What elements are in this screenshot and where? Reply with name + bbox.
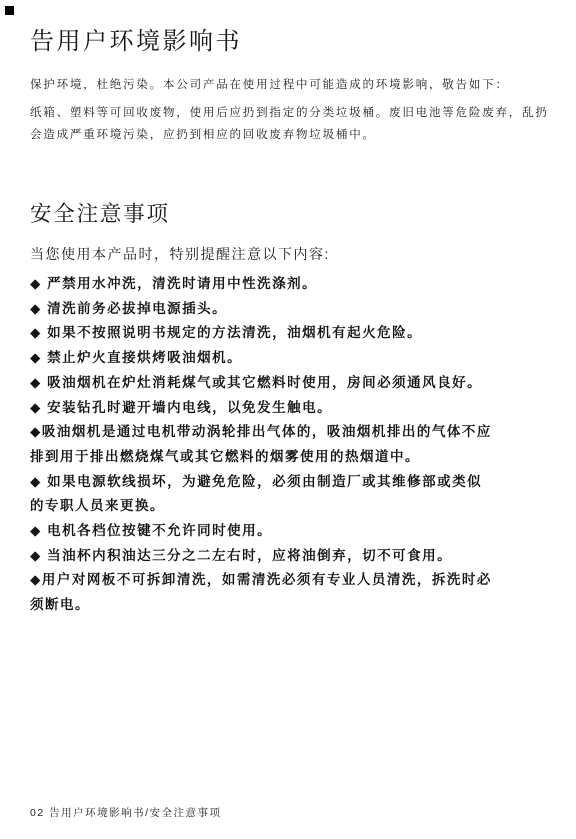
- safety-bullet-line: ◆ 禁止炉火直接烘烤吸油烟机。: [30, 346, 560, 371]
- safety-bullet-line: ◆ 当油杯内积油达三分之二左右时，应将油倒弃，切不可食用。: [30, 544, 560, 569]
- safety-bullet-list: ◆ 严禁用水冲洗，清洗时请用中性洗涤剂。 ◆ 清洗前务必拔掉电源插头。 ◆ 如果…: [30, 272, 560, 618]
- environment-recycle-paragraph: 纸箱、塑料等可回收废物，使用后应扔到指定的分类垃圾桶。废旧电池等危险废弃，乱扔 …: [30, 103, 560, 146]
- safety-bullet-line: ◆ 严禁用水冲洗，清洗时请用中性洗涤剂。: [30, 272, 560, 297]
- safety-bullet-line: ◆ 如果不按照说明书规定的方法清洗，油烟机有起火危险。: [30, 321, 560, 346]
- safety-bullet-wrap-line: 排到用于排出燃烧煤气或其它燃料的烟雾使用的热烟道中。: [30, 445, 560, 470]
- paragraph-line: 纸箱、塑料等可回收废物，使用后应扔到指定的分类垃圾桶。废旧电池等危险废弃，乱扔: [30, 103, 560, 125]
- environment-section-title: 告用户环境影响书: [30, 28, 242, 56]
- safety-bullet-line: ◆ 电机各档位按键不允许同时使用。: [30, 519, 560, 544]
- paragraph-line: 会造成严重环境污染，应扔到相应的回收废弃物垃圾桶中。: [30, 125, 560, 147]
- safety-bullet-line: ◆ 如果电源软线损坏，为避免危险，必须由制造厂或其维修部或类似: [30, 470, 560, 495]
- safety-bullet-line: ◆ 吸油烟机在炉灶消耗煤气或其它燃料时使用，房间必须通风良好。: [30, 371, 560, 396]
- safety-intro-text: 当您使用本产品时，特别提醒注意以下内容:: [30, 244, 330, 264]
- safety-section-title: 安全注意事项: [30, 202, 170, 227]
- page-footer-label: 02 告用户环境影响书/安全注意事项: [30, 805, 222, 820]
- safety-bullet-wrap-line: 须断电。: [30, 593, 560, 618]
- scan-mark: [5, 6, 14, 15]
- safety-bullet-wrap-line: 的专职人员来更换。: [30, 494, 560, 519]
- manual-page: 告用户环境影响书 保护环境，杜绝污染。本公司产品在使用过程中可能造成的环境影响，…: [0, 0, 576, 839]
- safety-bullet-line: ◆吸油烟机是通过电机带动涡轮排出气体的，吸油烟机排出的气体不应: [30, 420, 560, 445]
- safety-bullet-line: ◆ 清洗前务必拔掉电源插头。: [30, 297, 560, 322]
- safety-bullet-line: ◆ 安装钻孔时避开墙内电线，以免发生触电。: [30, 396, 560, 421]
- environment-intro-paragraph: 保护环境，杜绝污染。本公司产品在使用过程中可能造成的环境影响，敬告如下：: [30, 75, 560, 97]
- safety-bullet-line: ◆用户对网板不可拆卸清洗，如需清洗必须有专业人员清洗，拆洗时必: [30, 568, 560, 593]
